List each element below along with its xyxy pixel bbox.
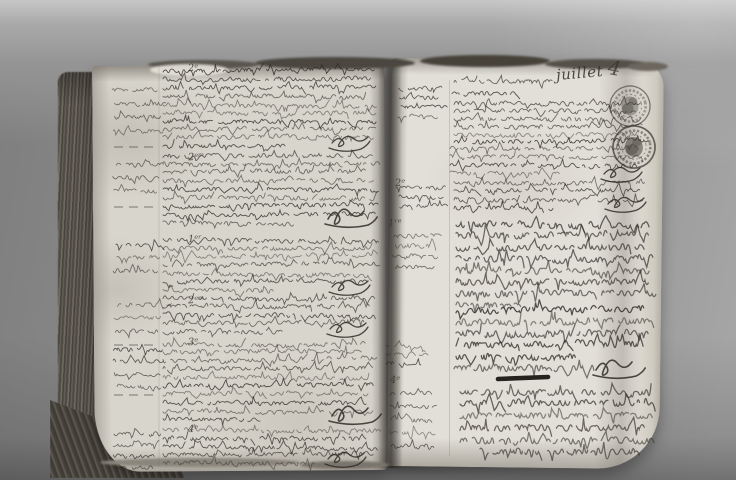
photograph-of-open-register: juillet 4 2ᵉ2ᵉᵐ1ᵉʳ2ᵉᵐ3ᵉ4ᵉ2ᵉ1ʳᵉ4ᵉ	[0, 0, 736, 480]
right-page	[387, 58, 664, 469]
page-bottom-edge	[300, 461, 390, 469]
left-page	[92, 64, 387, 472]
torn-page-edge	[420, 55, 550, 67]
page-bottom-edge	[100, 458, 300, 467]
torn-page-edge	[255, 57, 415, 69]
torn-page-edge	[628, 62, 668, 71]
page-corner-flap	[150, 64, 228, 76]
book-gutter	[378, 60, 402, 468]
